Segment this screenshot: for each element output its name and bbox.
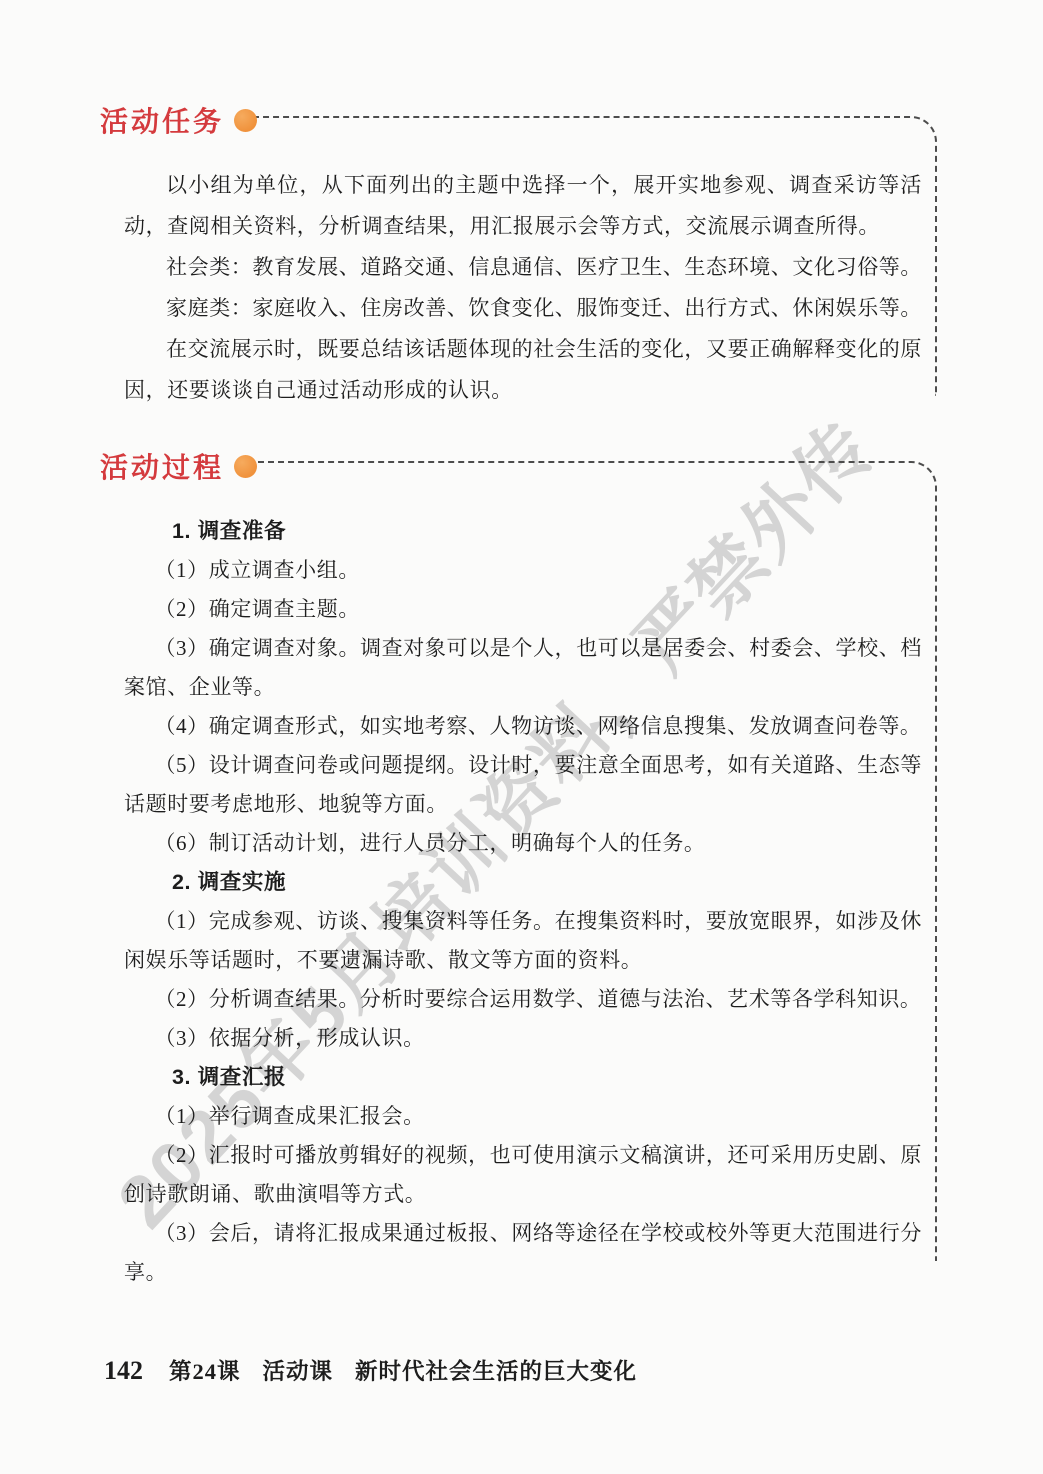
task-heading-label: 活动任务 (100, 100, 224, 140)
process-section-body: 1. 调查准备 （1）成立调查小组。 （2）确定调查主题。 （3）确定调查对象。… (124, 512, 922, 1292)
step-title: 2. 调查实施 (124, 863, 922, 902)
process-section-heading: 活动过程 (100, 446, 257, 486)
step-item: （2）确定调查主题。 (124, 590, 922, 629)
step-title: 3. 调查汇报 (124, 1058, 922, 1097)
task-section-body: 以小组为单位，从下面列出的主题中选择一个，展开实地参观、调查采访等活动，查阅相关… (124, 165, 922, 411)
step-item: （1）完成参观、访谈、搜集资料等任务。在搜集资料时，要放宽眼界，如涉及休闲娱乐等… (124, 902, 922, 980)
step-item: （5）设计调查问卷或问题提纲。设计时，要注意全面思考，如有关道路、生态等话题时要… (124, 746, 922, 824)
step-item: （1）成立调查小组。 (124, 551, 922, 590)
task-paragraph: 社会类：教育发展、道路交通、信息通信、医疗卫生、生态环境、文化习俗等。 (124, 247, 922, 288)
step-item: （4）确定调查形式，如实地考察、人物访谈、网络信息搜集、发放调查问卷等。 (124, 707, 922, 746)
step-item: （3）依据分析，形成认识。 (124, 1019, 922, 1058)
task-paragraph: 在交流展示时，既要总结该话题体现的社会生活的变化，又要正确解释变化的原因，还要谈… (124, 329, 922, 411)
footer-lesson-title: 新时代社会生活的巨大变化 (355, 1354, 637, 1386)
task-paragraph: 家庭类：家庭收入、住房改善、饮食变化、服饰变迁、出行方式、休闲娱乐等。 (124, 288, 922, 329)
step-item: （6）制订活动计划，进行人员分工，明确每个人的任务。 (124, 824, 922, 863)
process-heading-label: 活动过程 (100, 446, 224, 486)
orange-dot-icon (234, 109, 257, 132)
step-item: （3）确定调查对象。调查对象可以是个人，也可以是居委会、村委会、学校、档案馆、企… (124, 629, 922, 707)
footer-lesson: 第24课 (169, 1354, 241, 1386)
task-section-heading: 活动任务 (100, 100, 257, 140)
step-item: （3）会后，请将汇报成果通过板报、网络等途径在学校或校外等更大范围进行分享。 (124, 1214, 922, 1292)
footer-lesson-type: 活动课 (263, 1354, 334, 1386)
task-paragraph: 以小组为单位，从下面列出的主题中选择一个，展开实地参观、调查采访等活动，查阅相关… (124, 165, 922, 247)
textbook-page: 2025年5月培训资料，严禁外传 活动任务 以小组为单位，从下面列出的主题中选择… (0, 0, 1043, 1474)
step-item: （1）举行调查成果汇报会。 (124, 1097, 922, 1136)
step-item: （2）分析调查结果。分析时要综合运用数学、道德与法治、艺术等各学科知识。 (124, 980, 922, 1019)
orange-dot-icon (234, 455, 257, 478)
step-item: （2）汇报时可播放剪辑好的视频，也可使用演示文稿演讲，还可采用历史剧、原创诗歌朗… (124, 1136, 922, 1214)
step-title: 1. 调查准备 (124, 512, 922, 551)
page-number: 142 (104, 1356, 143, 1386)
page-footer: 142 第24课 活动课 新时代社会生活的巨大变化 (104, 1354, 637, 1386)
